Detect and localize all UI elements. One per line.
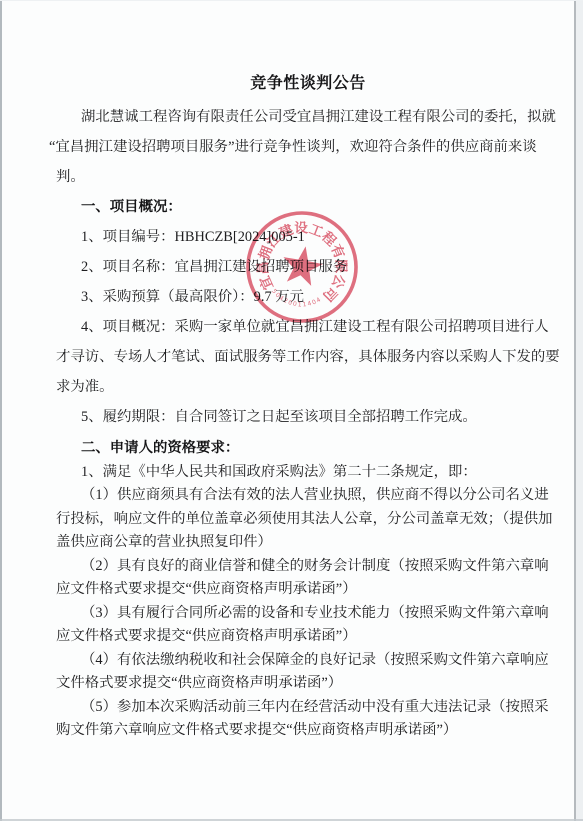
doc-line: 盖供应商公章的营业执照复印件） — [56, 531, 560, 555]
doc-line: （1）供应商须具有合法有效的法人营业执照，供应商不得以分公司名义进 — [56, 484, 560, 508]
doc-line-project-name: 2、项目名称：宜昌拥江建设招聘项目服务 — [56, 252, 560, 282]
page-top-edge — [0, 0, 583, 1]
page-right-edge-band — [576, 0, 583, 821]
page-right-edge-line — [574, 0, 576, 821]
section-intro-and-overview: 湖北慧诚工程咨询有限责任公司受宜昌拥江建设工程有限公司的委托，拟就 “宜昌拥江建… — [56, 102, 560, 432]
doc-line: 文件格式要求提交“供应商资格声明承诺函”） — [56, 672, 560, 696]
page-left-edge — [0, 0, 2, 821]
section-heading-qualification: 二、申请人的资格要求： — [56, 437, 560, 461]
doc-line: 购文件第六章响应文件格式要求提交“供应商资格声明承诺函”） — [56, 719, 560, 743]
document-title: 竞争性谈判公告 — [56, 73, 560, 95]
section-qualification-requirements: 二、申请人的资格要求： 1、满足《中华人民共和国政府采购法》第二十二条规定，即：… — [56, 437, 560, 743]
doc-line: 行投标，响应文件的单位盖章必须使用其法人公章，分公司盖章无效；（提供加 — [56, 508, 560, 532]
scanned-document-page: 竞争性谈判公告 湖北慧诚工程咨询有限责任公司受宜昌拥江建设工程有限公司的委托，拟… — [0, 0, 583, 821]
doc-line-budget: 3、采购预算（最高限价）：9.7 万元 — [56, 282, 560, 312]
section-heading-project-overview: 一、项目概况： — [56, 192, 560, 222]
doc-line: 1、满足《中华人民共和国政府采购法》第二十二条规定，即： — [56, 461, 560, 485]
doc-line: 判。 — [56, 162, 560, 192]
doc-line: 应文件格式要求提交“供应商资格声明承诺函”） — [56, 625, 560, 649]
doc-line: 应文件格式要求提交“供应商资格声明承诺函”） — [56, 578, 560, 602]
doc-line: 才寻访、专场人才笔试、面试服务等工作内容，具体服务内容以采购人下发的要 — [56, 342, 560, 372]
doc-line-performance-period: 5、履约期限：自合同签订之日起至该项目全部招聘工作完成。 — [56, 402, 560, 432]
doc-line-project-number: 1、项目编号：HBHCZB[2024]005-1 — [56, 222, 560, 252]
doc-line: “宜昌拥江建设招聘项目服务”进行竞争性谈判，欢迎符合条件的供应商前来谈 — [49, 132, 560, 162]
doc-line: 求为准。 — [56, 372, 560, 402]
doc-line: 4、项目概况：采购一家单位就宜昌拥江建设工程有限公司招聘项目进行人 — [56, 312, 560, 342]
doc-line: 湖北慧诚工程咨询有限责任公司受宜昌拥江建设工程有限公司的委托，拟就 — [56, 102, 560, 132]
doc-line: （4）有依法缴纳税收和社会保障金的良好记录（按照采购文件第六章响应 — [56, 649, 560, 673]
doc-line: （5）参加本次采购活动前三年内在经营活动中没有重大违法记录（按照采 — [56, 696, 560, 720]
doc-line: （2）具有良好的商业信誉和健全的财务会计制度（按照采购文件第六章响 — [56, 555, 560, 579]
document-body: 竞争性谈判公告 湖北慧诚工程咨询有限责任公司受宜昌拥江建设工程有限公司的委托，拟… — [0, 73, 583, 743]
doc-line: （3）具有履行合同所必需的设备和专业技术能力（按照采购文件第六章响 — [56, 602, 560, 626]
